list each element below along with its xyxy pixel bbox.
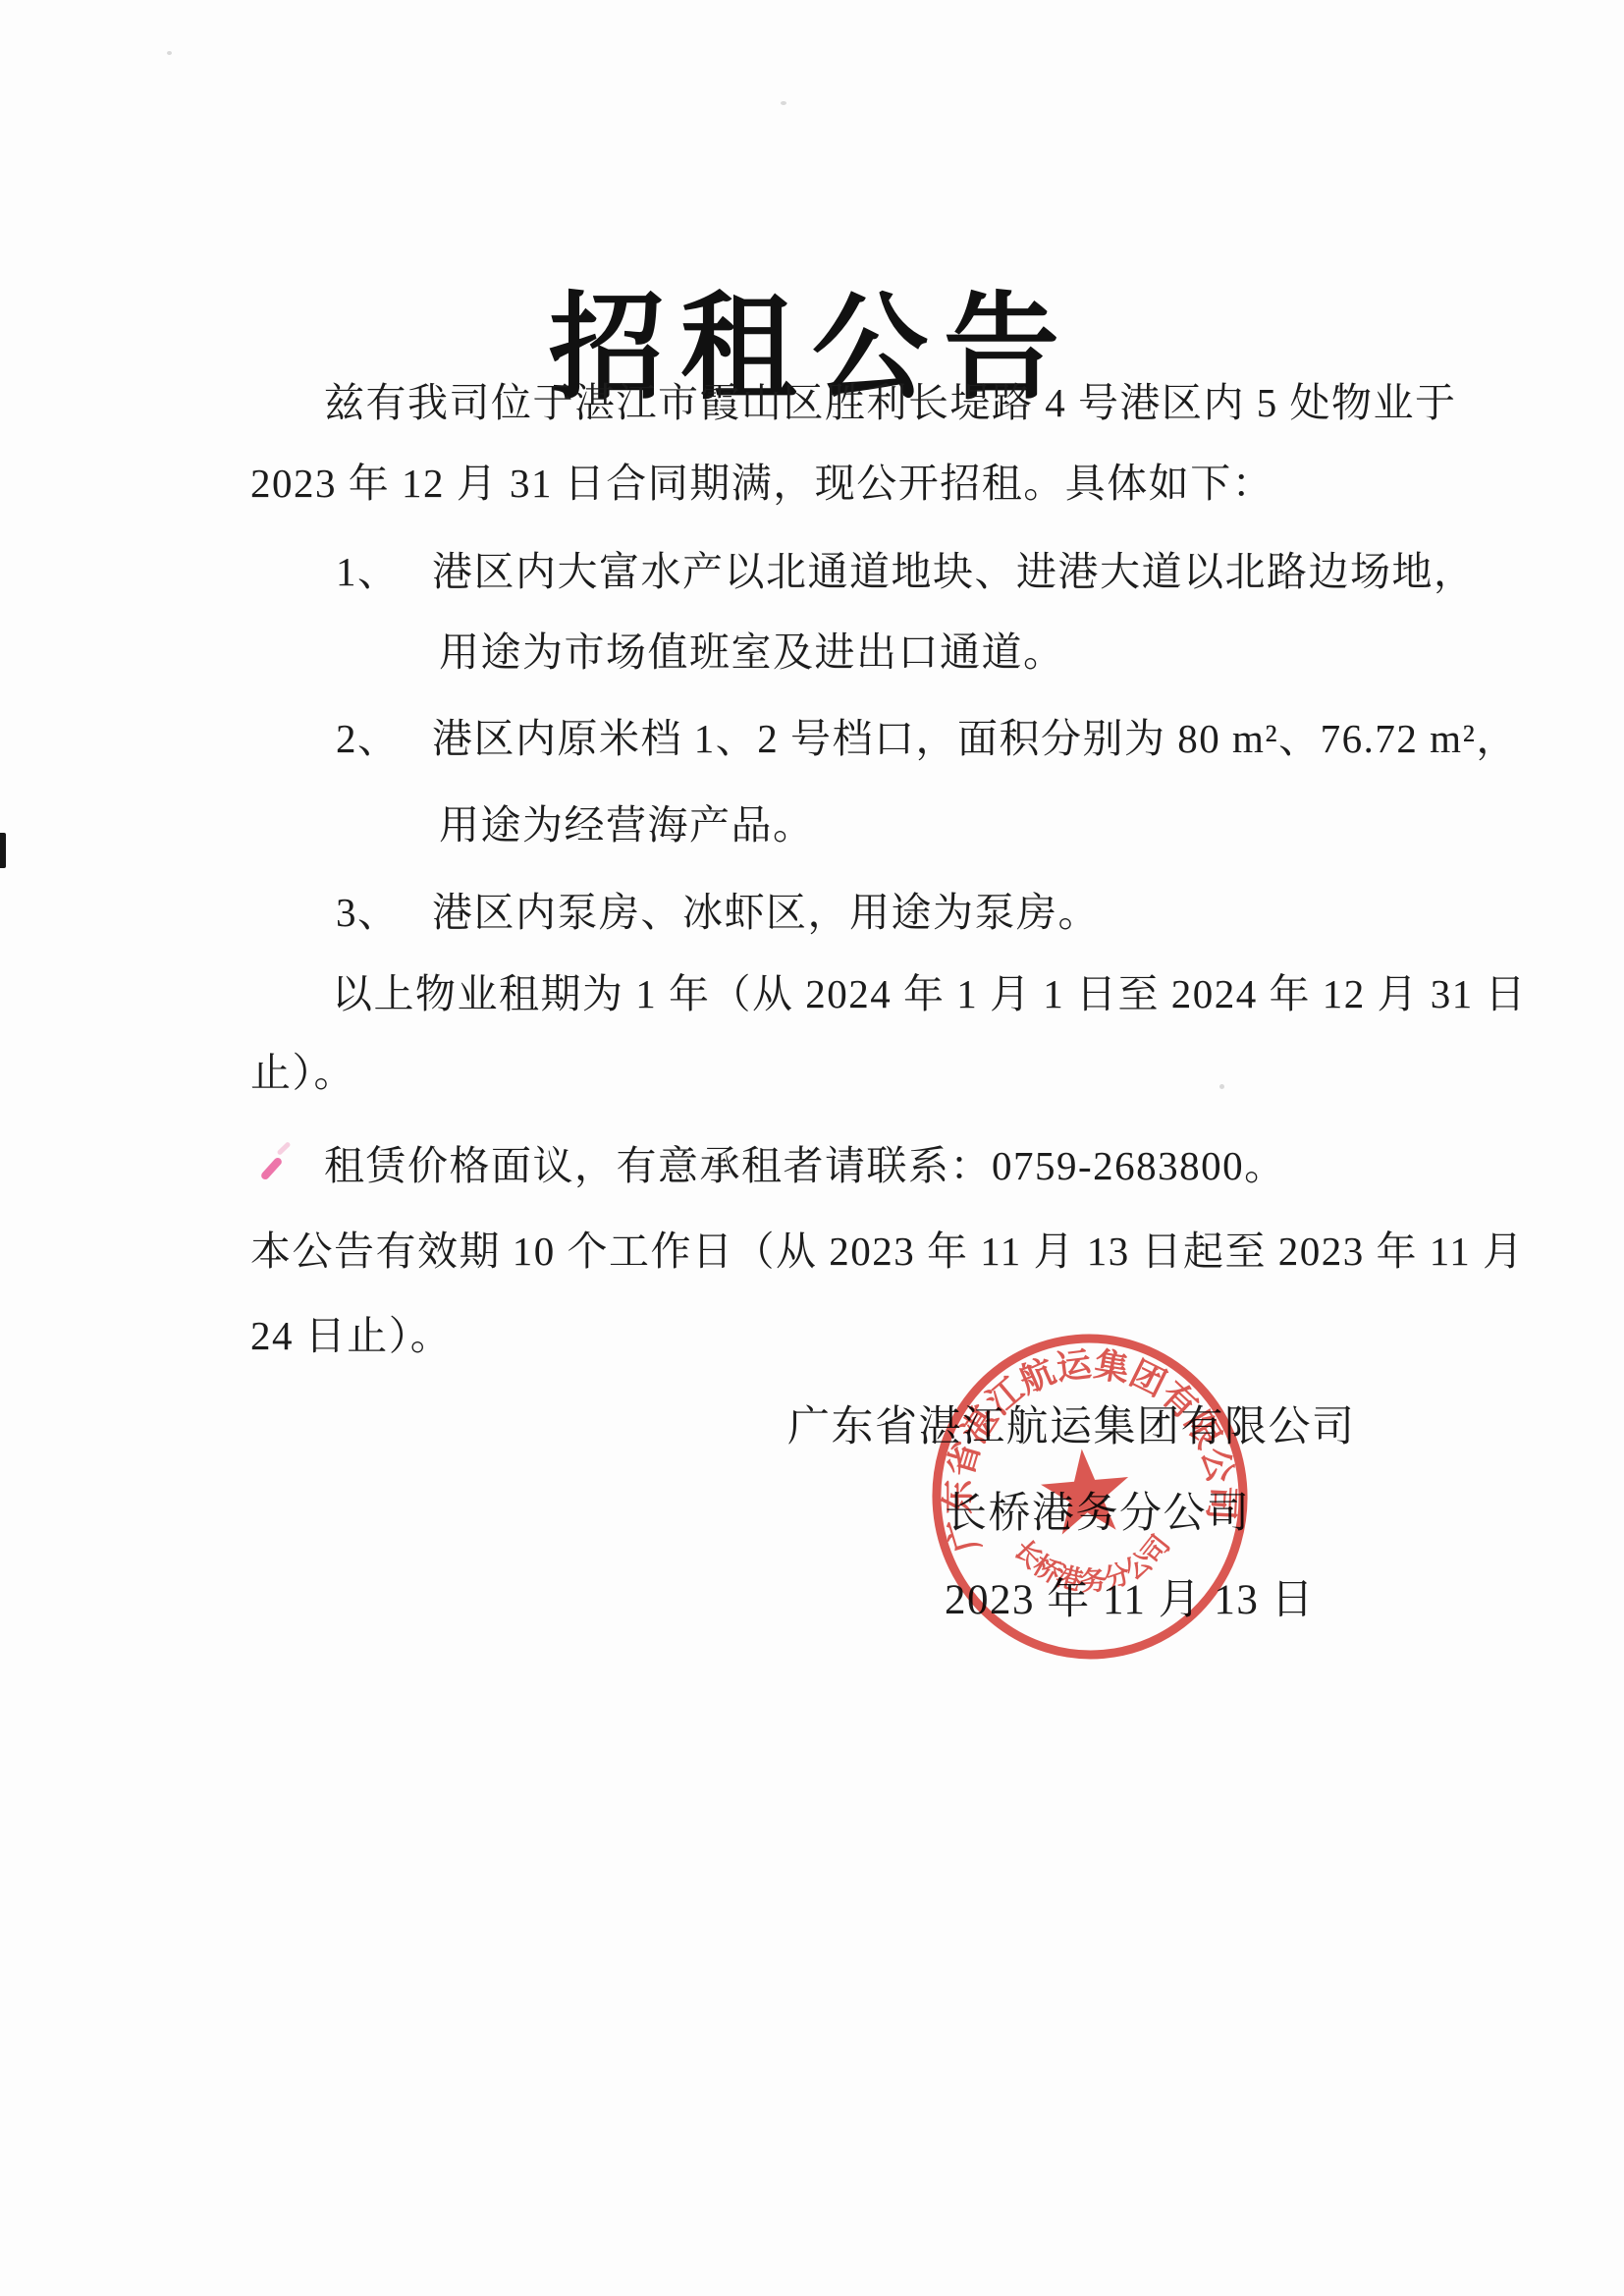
body-line: 用途为市场值班室及进出口通道。 <box>439 630 1065 676</box>
document-page: 招租公告 兹有我司位于湛江市霞山区胜利长堤路 4 号港区内 5 处物业于 202… <box>0 0 1624 2296</box>
list-number: 1、 <box>336 550 432 595</box>
body-line: 止）。 <box>250 1051 355 1096</box>
scan-speck <box>167 51 172 55</box>
list-item: 1、港区内大富水产以北通道地块、进港大道以北路边场地， <box>336 550 1476 595</box>
signature-company: 广东省湛江航运集团有限公司 <box>787 1404 1356 1451</box>
body-line: 兹有我司位于湛江市霞山区胜利长堤路 4 号港区内 5 处物业于 <box>324 381 1457 426</box>
scan-edge-mark <box>0 833 6 868</box>
signature-branch: 长桥港务分公司 <box>945 1491 1251 1538</box>
scan-speck <box>1219 1084 1224 1089</box>
scan-speck <box>781 101 786 105</box>
pink-pen-check-mark <box>277 1141 292 1156</box>
body-line: 2023 年 12 月 31 日合同期满，现公开招租。具体如下： <box>250 462 1273 507</box>
list-item-text: 港区内原米档 1、2 号档口，面积分别为 80 m²、76.72 m²， <box>432 716 1518 761</box>
body-line: 用途为经营海产品。 <box>439 803 815 848</box>
pink-pen-check-mark <box>259 1156 283 1180</box>
body-line: 租赁价格面议，有意承租者请联系：0759-2683800。 <box>324 1144 1286 1189</box>
body-line: 本公告有效期 10 个工作日（从 2023 年 11 月 13 日起至 2023… <box>250 1230 1524 1275</box>
signature-date: 2023 年 11 月 13 日 <box>945 1577 1315 1624</box>
body-line: 24 日止）。 <box>250 1314 452 1359</box>
list-item-text: 港区内泵房、冰虾区，用途为泵房。 <box>432 890 1100 935</box>
body-line: 以上物业租期为 1 年（从 2024 年 1 月 1 日至 2024 年 12 … <box>332 972 1527 1017</box>
list-item: 3、港区内泵房、冰虾区，用途为泵房。 <box>336 891 1100 936</box>
list-number: 2、 <box>336 717 432 762</box>
list-item: 2、港区内原米档 1、2 号档口，面积分别为 80 m²、76.72 m²， <box>336 717 1518 762</box>
list-number: 3、 <box>336 891 432 936</box>
list-item-text: 港区内大富水产以北通道地块、进港大道以北路边场地， <box>432 549 1476 594</box>
